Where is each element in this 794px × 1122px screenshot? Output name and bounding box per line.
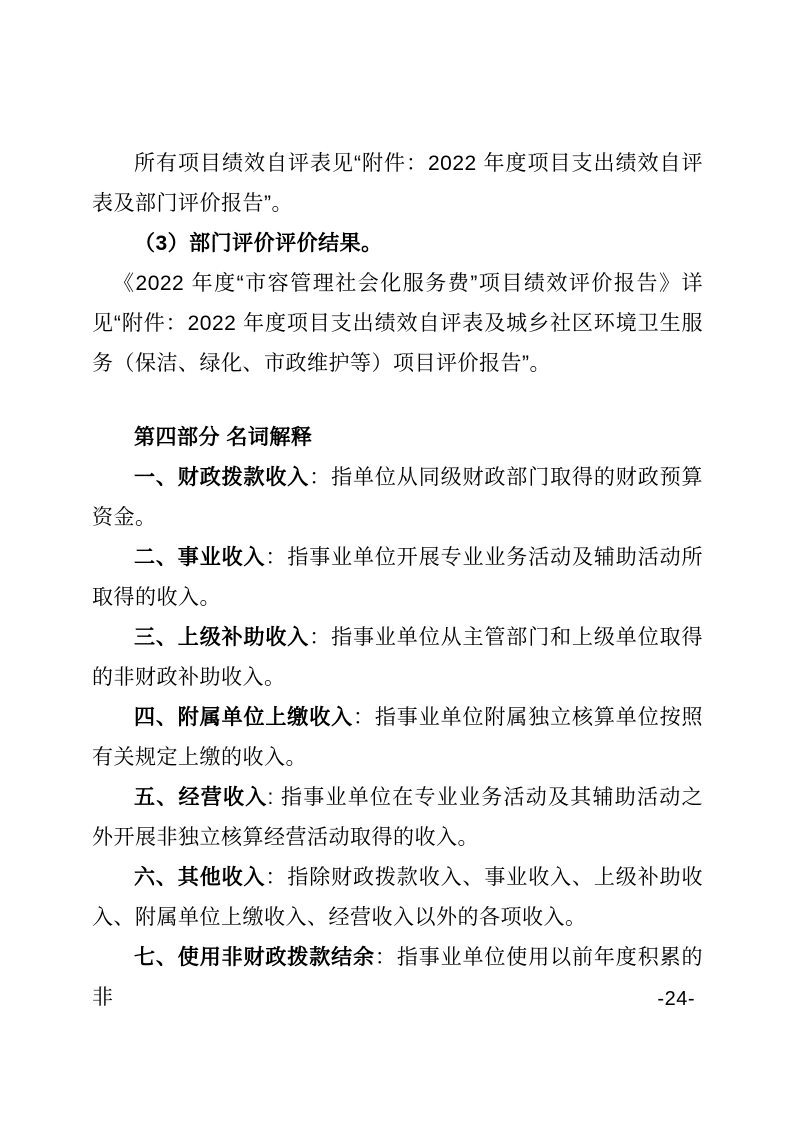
definition-term-4: 四、附属单位上缴收入: [134, 706, 353, 729]
page-number: -24-: [657, 988, 695, 1010]
definition-term-1: 一、财政拨款收入: [134, 466, 309, 489]
paragraph-selfeval-attachment: 所有项目绩效自评表见“附件：2022 年度项目支出绩效自评表及部门评价报告”。: [92, 144, 703, 224]
definition-sep-4: ：: [353, 706, 375, 729]
definition-item-3: 三、上级补助收入：指事业单位从主管部门和上级单位取得的非财政补助收入。: [92, 618, 703, 698]
definition-sep-1: ：: [309, 466, 331, 489]
section-heading-part4-glossary: 第四部分 名词解释: [92, 418, 703, 458]
definition-term-5: 五、经营收入: [134, 786, 268, 809]
subheading-dept-eval-result: （3）部门评价评价结果。: [92, 224, 703, 264]
definition-item-1: 一、财政拨款收入：指单位从同级财政部门取得的财政预算资金。: [92, 458, 703, 538]
definition-term-7: 七、使用非财政拨款结余: [134, 946, 375, 969]
definition-sep-7: ：: [375, 946, 397, 969]
definition-sep-5: :: [268, 786, 281, 809]
paragraph-eval-report-citation: 《2022 年度“市容管理社会化服务费”项目绩效评价报告》详见“附件：2022 …: [92, 264, 703, 384]
definition-sep-6: ：: [265, 866, 287, 889]
definition-item-2: 二、事业收入：指事业单位开展专业业务活动及辅助活动所取得的收入。: [92, 538, 703, 618]
definition-item-6: 六、其他收入：指除财政拨款收入、事业收入、上级补助收入、附属单位上缴收入、经营收…: [92, 858, 703, 938]
definition-item-4: 四、附属单位上缴收入：指事业单位附属独立核算单位按照有关规定上缴的收入。: [92, 698, 703, 778]
definition-term-3: 三、上级补助收入: [134, 626, 309, 649]
document-body: 所有项目绩效自评表见“附件：2022 年度项目支出绩效自评表及部门评价报告”。 …: [92, 144, 703, 1018]
definition-item-7: 七、使用非财政拨款结余：指事业单位使用以前年度积累的非: [92, 938, 703, 1018]
definition-sep-3: ：: [309, 626, 331, 649]
document-page: 所有项目绩效自评表见“附件：2022 年度项目支出绩效自评表及部门评价报告”。 …: [0, 0, 794, 1122]
definition-term-6: 六、其他收入: [134, 866, 265, 889]
definition-item-5: 五、经营收入: 指事业单位在专业业务活动及其辅助活动之外开展非独立核算经营活动取…: [92, 778, 703, 858]
definition-sep-2: ：: [265, 546, 287, 569]
definition-term-2: 二、事业收入: [134, 546, 265, 569]
